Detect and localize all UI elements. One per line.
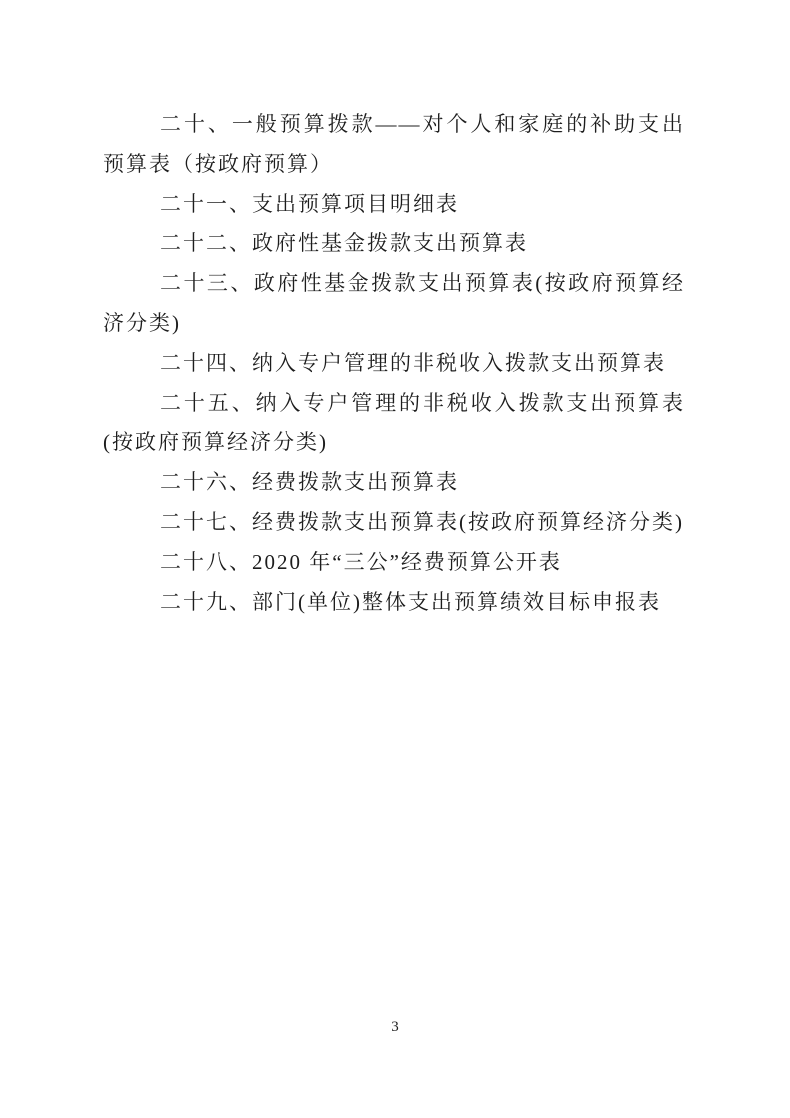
toc-item-26: 二十六、经费拨款支出预算表 [103, 463, 685, 503]
toc-item-21: 二十一、支出预算项目明细表 [103, 185, 685, 225]
toc-item-29: 二十九、部门(单位)整体支出预算绩效目标申报表 [103, 583, 685, 623]
toc-item-22: 二十二、政府性基金拨款支出预算表 [103, 224, 685, 264]
toc-item-24: 二十四、纳入专户管理的非税收入拨款支出预算表 [103, 344, 685, 384]
toc-item-23: 二十三、政府性基金拨款支出预算表(按政府预算经济分类) [103, 264, 685, 344]
toc-list: 二十、一般预算拨款——对个人和家庭的补助支出预算表（按政府预算） 二十一、支出预… [103, 105, 685, 622]
page-number: 3 [0, 1017, 790, 1037]
toc-item-25: 二十五、纳入专户管理的非税收入拨款支出预算表(按政府预算经济分类) [103, 384, 685, 464]
toc-item-28: 二十八、2020 年“三公”经费预算公开表 [103, 543, 685, 583]
toc-item-20: 二十、一般预算拨款——对个人和家庭的补助支出预算表（按政府预算） [103, 105, 685, 185]
document-page: 二十、一般预算拨款——对个人和家庭的补助支出预算表（按政府预算） 二十一、支出预… [0, 0, 790, 1118]
toc-item-27: 二十七、经费拨款支出预算表(按政府预算经济分类) [103, 503, 685, 543]
